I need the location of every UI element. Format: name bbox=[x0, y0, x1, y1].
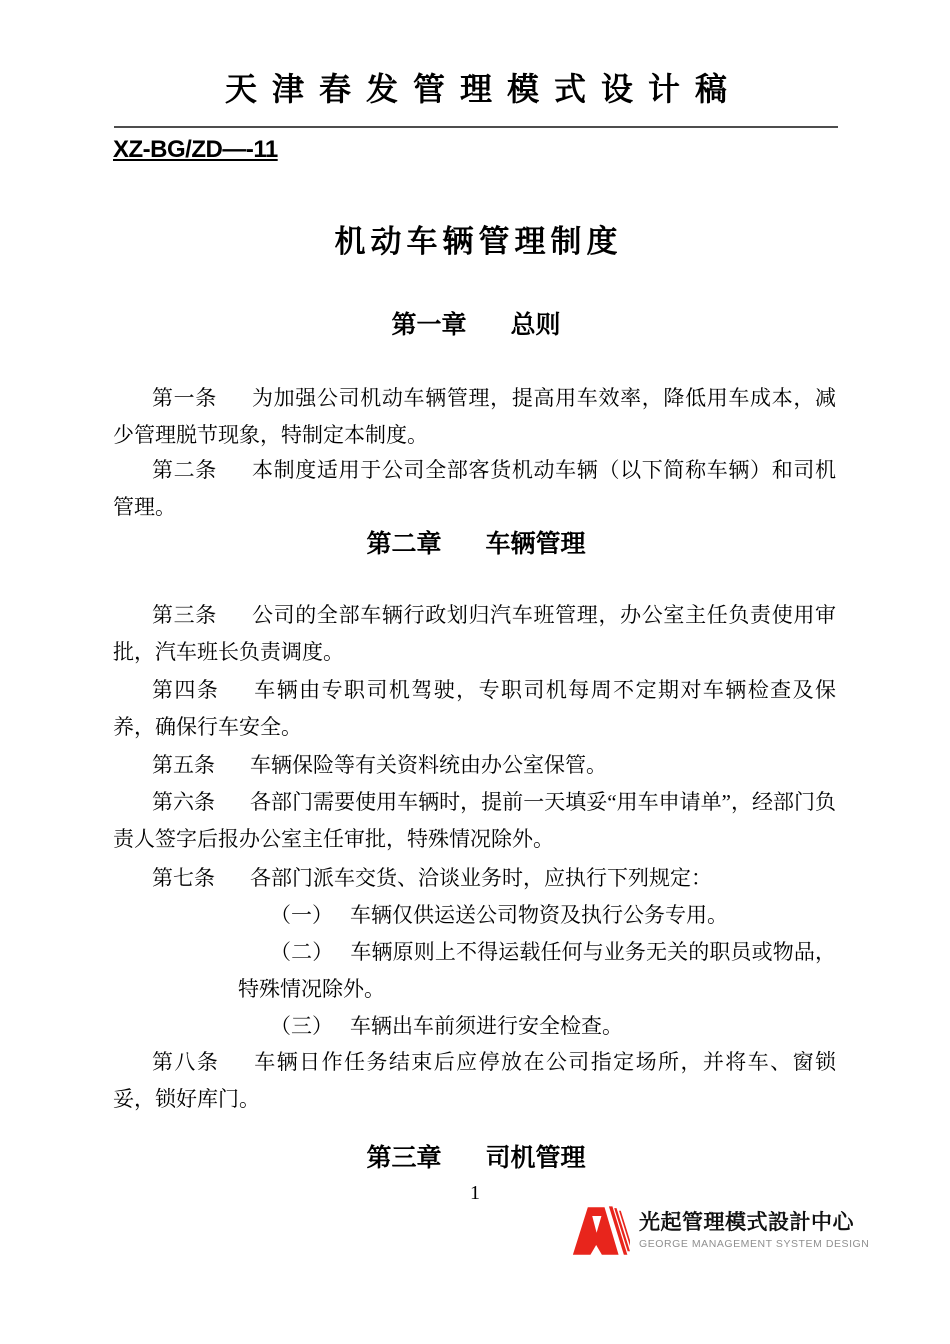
sub-item-number: （一） bbox=[270, 903, 333, 927]
company-logo: 光起管理模式設計中心 GEORGE MANAGEMENT SYSTEM DESI… bbox=[572, 1204, 869, 1258]
article-text: 为加强公司机动车辆管理，提高用车效率，降低用车成本，减少管理脱节现象，特制定本制… bbox=[113, 386, 836, 447]
sub-item-text: 车辆仅供运送公司物资及执行公务专用。 bbox=[350, 903, 728, 927]
sub-item-3: （三）车辆出车前须进行安全检查。 bbox=[238, 1008, 836, 1045]
header-divider bbox=[114, 126, 838, 128]
article-5: 第五条车辆保险等有关资料统由办公室保管。 bbox=[113, 747, 836, 784]
logo-chinese-name: 光起管理模式設計中心 bbox=[639, 1211, 869, 1235]
chapter-number: 第二章 bbox=[366, 530, 441, 558]
chapter-heading-3: 第三章司机管理 bbox=[114, 1138, 838, 1174]
logo-a-icon bbox=[572, 1204, 630, 1258]
chapter-title: 车辆管理 bbox=[486, 530, 586, 558]
sub-item-2: （二）车辆原则上不得运载任何与业务无关的职员或物品，特殊情况除外。 bbox=[238, 934, 836, 1008]
article-3: 第三条公司的全部车辆行政划归汽车班管理，办公室主任负责使用审批，汽车班长负责调度… bbox=[113, 597, 836, 671]
article-1: 第一条为加强公司机动车辆管理，提高用车效率，降低用车成本，减少管理脱节现象，特制… bbox=[113, 380, 836, 454]
sub-item-text: 车辆出车前须进行安全检查。 bbox=[350, 1014, 623, 1038]
chapter-number: 第三章 bbox=[366, 1144, 441, 1172]
article-2: 第二条本制度适用于公司全部客货机动车辆（以下简称车辆）和司机管理。 bbox=[113, 452, 836, 526]
document-page: 天津春发管理模式设计稿 XZ-BG/ZD—-11 机动车辆管理制度 第一章总则 … bbox=[0, 0, 950, 1344]
article-number: 第二条 bbox=[152, 458, 217, 482]
article-text: 公司的全部车辆行政划归汽车班管理，办公室主任负责使用审批，汽车班长负责调度。 bbox=[113, 603, 836, 664]
article-number: 第六条 bbox=[152, 790, 215, 814]
chapter-heading-1: 第一章总则 bbox=[114, 305, 838, 341]
chapter-title: 总则 bbox=[511, 311, 561, 339]
chapter-title: 司机管理 bbox=[486, 1144, 586, 1172]
article-text: 车辆由专职司机驾驶，专职司机每周不定期对车辆检查及保养，确保行车安全。 bbox=[113, 678, 836, 739]
article-4: 第四条车辆由专职司机驾驶，专职司机每周不定期对车辆检查及保养，确保行车安全。 bbox=[113, 672, 836, 746]
article-text: 各部门派车交货、洽谈业务时，应执行下列规定： bbox=[250, 866, 712, 890]
article-number: 第四条 bbox=[152, 678, 219, 702]
article-number: 第五条 bbox=[152, 753, 215, 777]
article-number: 第三条 bbox=[152, 603, 217, 627]
document-number: XZ-BG/ZD—-11 bbox=[113, 136, 278, 164]
article-text: 本制度适用于公司全部客货机动车辆（以下简称车辆）和司机管理。 bbox=[113, 458, 836, 519]
logo-text-block: 光起管理模式設計中心 GEORGE MANAGEMENT SYSTEM DESI… bbox=[639, 1211, 869, 1251]
article-number: 第七条 bbox=[152, 866, 215, 890]
sub-item-number: （二） bbox=[270, 940, 333, 964]
article-6: 第六条各部门需要使用车辆时，提前一天填妥“用车申请单”，经部门负责人签字后报办公… bbox=[113, 784, 836, 858]
article-text: 各部门需要使用车辆时，提前一天填妥“用车申请单”，经部门负责人签字后报办公室主任… bbox=[113, 790, 836, 851]
sub-item-1: （一）车辆仅供运送公司物资及执行公务专用。 bbox=[238, 897, 836, 934]
article-text: 车辆保险等有关资料统由办公室保管。 bbox=[250, 753, 607, 777]
chapter-number: 第一章 bbox=[391, 311, 466, 339]
article-number: 第一条 bbox=[152, 386, 217, 410]
article-text: 车辆日作任务结束后应停放在公司指定场所，并将车、窗锁妥，锁好库门。 bbox=[113, 1050, 836, 1111]
chapter-heading-2: 第二章车辆管理 bbox=[114, 524, 838, 560]
article-7: 第七条各部门派车交货、洽谈业务时，应执行下列规定： bbox=[113, 860, 836, 897]
logo-english-name: GEORGE MANAGEMENT SYSTEM DESIGN bbox=[639, 1237, 869, 1251]
sub-item-number: （三） bbox=[270, 1014, 333, 1038]
company-header-title: 天津春发管理模式设计稿 bbox=[114, 64, 838, 110]
document-title: 机动车辆管理制度 bbox=[114, 216, 838, 261]
page-number: 1 bbox=[0, 1182, 950, 1205]
article-8: 第八条车辆日作任务结束后应停放在公司指定场所，并将车、窗锁妥，锁好库门。 bbox=[113, 1044, 836, 1118]
article-number: 第八条 bbox=[152, 1050, 219, 1074]
